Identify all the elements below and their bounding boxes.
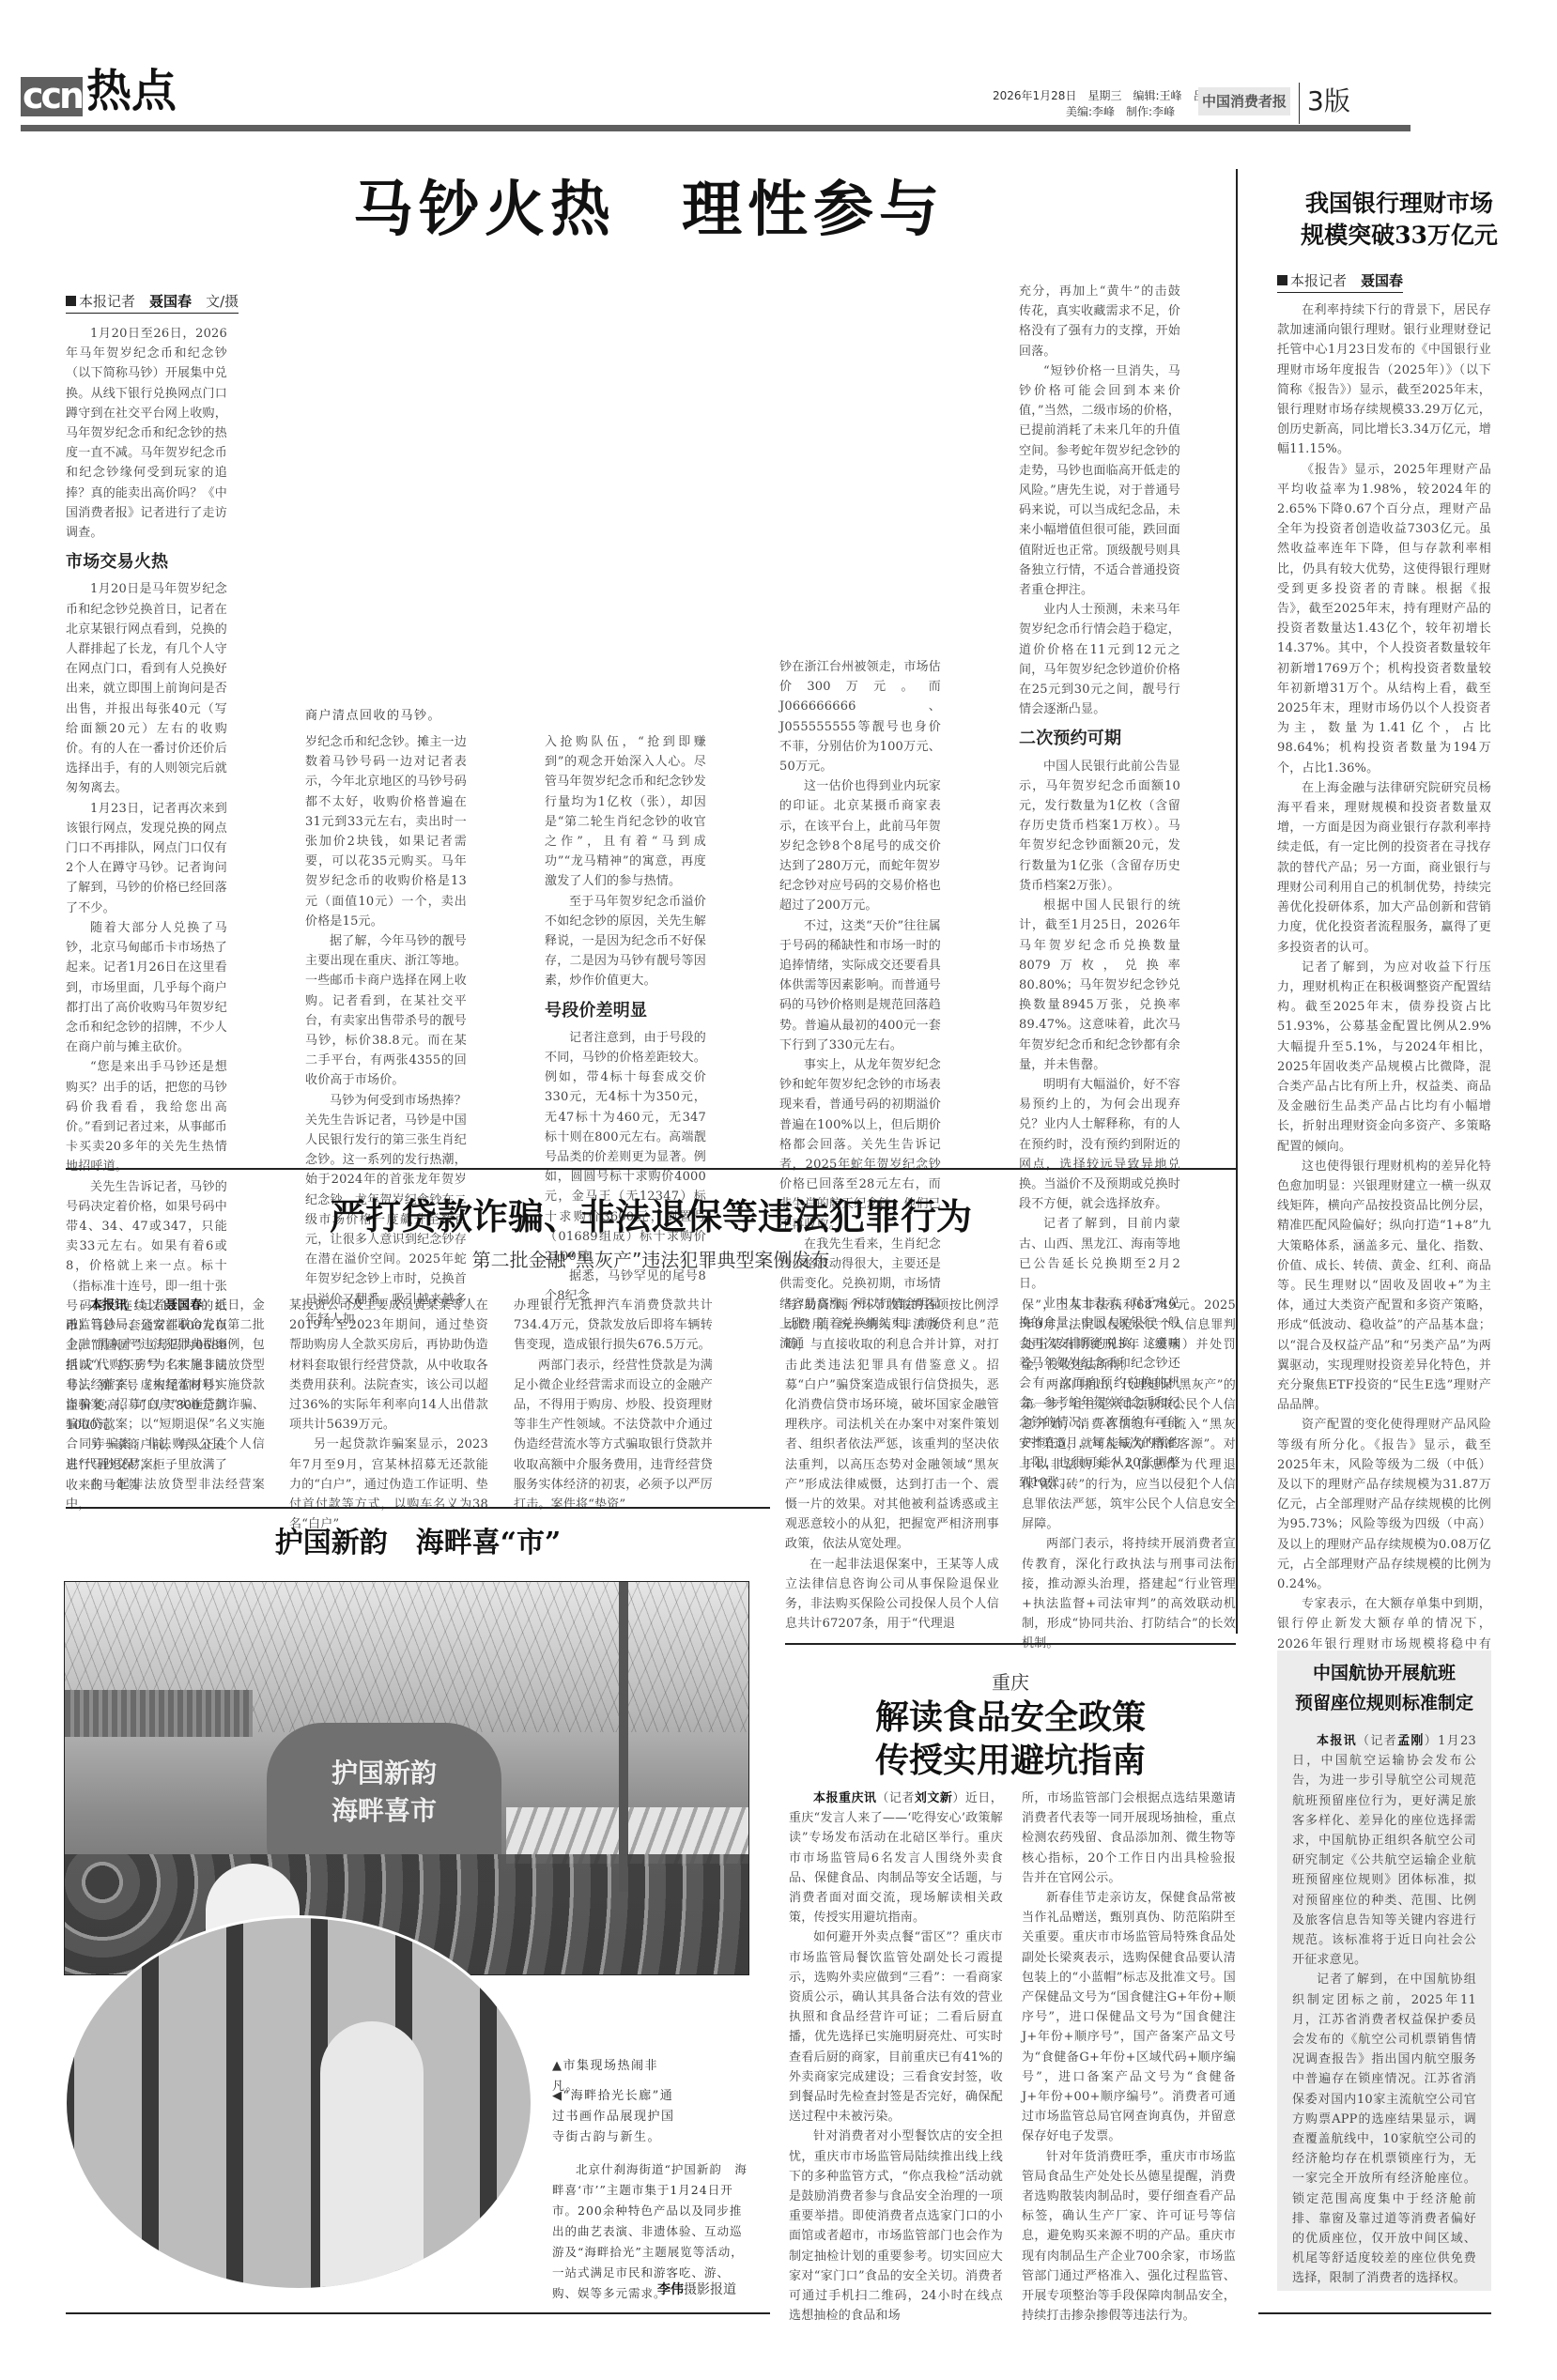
section-heading-second-booking: 二次预约可期: [1019, 729, 1180, 748]
masthead-bar: [21, 125, 1411, 131]
sidebar-body: 在利率持续下行的背景下，居民存款加速涌向银行理财。银行业理财登记托管中心1月23…: [1277, 300, 1491, 1734]
paper-name: 中国消费者报: [1198, 87, 1290, 115]
date-line: 2026年1月28日 星期三 编辑:王峰 吕成海: [993, 87, 1227, 103]
lead-col-2: 岁纪念币和纪念钞。摊主一边数着马钞号码一边对记者表示，今年北京地区的马钞号码都不…: [305, 732, 467, 1329]
section-rule: [785, 1643, 1236, 1645]
banknote-stacks: [488, 413, 789, 554]
section-heading-market: 市场交易火热: [66, 552, 227, 572]
fraud-col-2: 某投资公司及主要成员黄某某等人在2019年至2023年期间，通过垫资帮助购房人全…: [289, 1296, 488, 1534]
staff-line: 美编:李峰 制作:李峰: [1066, 103, 1175, 119]
food-kicker: 重庆: [785, 1667, 1236, 1695]
section-rule: [66, 2312, 770, 2314]
lead-photo-caption: 商户清点回收的马钞。: [305, 706, 441, 727]
lead-headline: 马钞火热 理性参与: [353, 177, 945, 244]
section-heading-price-gap: 号段价差明显: [545, 1001, 706, 1021]
lamp-post: [619, 1582, 628, 1892]
masthead: ccn 热点 2026年1月28日 星期三 编辑:王峰 吕成海 美编:李峰 制作…: [21, 56, 1540, 131]
masthead-divider: [1299, 83, 1300, 124]
section-rule: [66, 1507, 770, 1509]
food-col-2: 所，市场监管部门会根据点选结果邀请消费者代表等一同开展现场抽检，重点检测农药残留…: [1022, 1789, 1236, 2326]
market-photo: 护国新韵 海畔喜市: [64, 1581, 749, 1975]
food-headline: 解读食品安全政策 传授实用避坑指南: [785, 1696, 1236, 1782]
food-col-1: 本报重庆讯（记者刘文新）近日，重庆“发言人来了——‘吃得安心’政策解读”专场发布…: [789, 1789, 1003, 2326]
section-rule: [66, 1168, 1236, 1170]
market-caption-2: ◀“海畔拾光长廊”通过书画作品展现护国寺街古韵与新生。: [552, 2086, 684, 2148]
fraud-headline: 严打贷款诈骗、非法退保等违法犯罪行为: [66, 1194, 1236, 1239]
temple-roof: [65, 1690, 253, 1737]
fraud-col-5: 保”，王某非法获利68749元。2025年9月，法院以侵犯公民个人信息罪判处王某…: [1022, 1296, 1236, 1654]
market-headline: 护国新韵 海畔喜“市”: [66, 1525, 770, 1562]
square-bullet-icon: [66, 296, 76, 306]
lead-photo: [310, 169, 1033, 695]
column-divider: [1236, 169, 1238, 1634]
sidebar-byline: 本报记者 聂国春: [1277, 270, 1403, 293]
fraud-subtitle: 第二批金融“黑灰产”违法犯罪典型案例发布: [66, 1245, 1236, 1272]
aviation-headline: 中国航协开展航班 预留座位规则标准制定: [1277, 1658, 1491, 1718]
lead-byline: 本报记者 聂国春 文/摄: [66, 291, 239, 314]
person-visitor: [320, 2021, 424, 2291]
section-title: 热点: [86, 64, 177, 118]
sidebar-headline: 我国银行理财市场 规模突破33万亿元: [1277, 188, 1521, 252]
photo-credit: 李伟摄影报道: [657, 2280, 736, 2298]
fraud-col-1: 本报讯（记者聂国春）近日，金融监管总局、公安部联合发布第二批金融“黑灰产”违法犯…: [66, 1296, 265, 1514]
square-bullet-icon: [1277, 275, 1287, 285]
fraud-col-4: 与“助贷”两个环节收取的各项按比例浮动费用，统一纳入“非法放贷利息”范畴，与直接…: [785, 1296, 999, 1634]
page-number: 3版: [1307, 81, 1350, 118]
gallery-photo: [64, 1915, 533, 2291]
aviation-body: 本报讯（记者孟刚）1月23日，中国航空运输协会发布公告，为进一步引导航空公司规范…: [1277, 1718, 1491, 2289]
aviation-box: 中国航协开展航班 预留座位规则标准制定 本报讯（记者孟刚）1月23日，中国航空运…: [1277, 1651, 1491, 2291]
counting-device: [699, 509, 880, 618]
ccn-logo: ccn: [21, 77, 83, 116]
section-rule: [1258, 2312, 1491, 2314]
fraud-col-3: 办理银行无抵押汽车消费贷款共计734.4万元，贷款发放后即将车辆转售变现，造成银…: [514, 1296, 713, 1514]
